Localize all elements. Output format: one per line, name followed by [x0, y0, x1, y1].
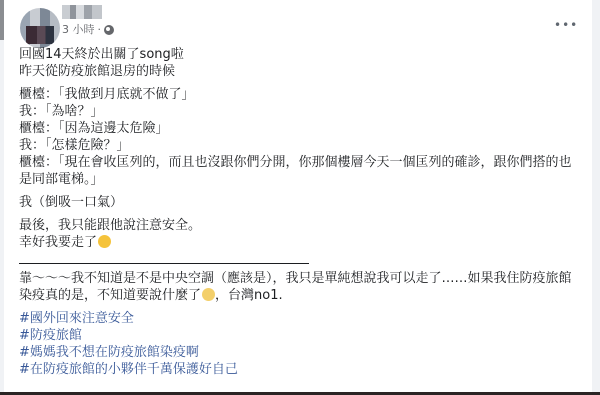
- text-line: 最後，我只能跟他說注意安全。: [19, 217, 579, 234]
- paragraph-ending: 最後，我只能跟他說注意安全。 幸好我要走了: [19, 217, 579, 251]
- timestamp[interactable]: 3 小時: [62, 23, 95, 37]
- paragraph-reaction: 我（倒吸一口氣）: [19, 194, 579, 211]
- paragraph-afterword: 靠～～～我不知道是不是中央空調（應該是），我只是單純想說我可以走了……如果我住防…: [19, 270, 579, 304]
- more-options-button[interactable]: •••: [554, 18, 578, 32]
- worried-face-emoji-icon: [202, 288, 215, 301]
- text-fragment: 幸好我要走了: [19, 235, 97, 250]
- hashtag-link[interactable]: #國外回來注意安全: [19, 310, 579, 327]
- paragraph-dialogue: 櫃檯：「我做到月底就不做了」 我：「為啥？」 櫃檯：「因為這邊太危險」 我：「怎…: [19, 86, 579, 188]
- text-line: 櫃檯：「現在會收匡列的，而且也沒跟你們分開，你那個樓層今天一個匡列的確診，跟你們…: [19, 154, 579, 188]
- text-fragment: 靠～～～我不知道是不是中央空調（應該是），我只是單純想說我可以走了……如果我住防…: [19, 271, 572, 303]
- hashtag-list: #國外回來注意安全 #防疫旅館 #媽媽我不想在防疫旅館染疫啊 #在防疫旅館的小夥…: [19, 310, 579, 378]
- text-line: 櫃檯：「我做到月底就不做了」: [19, 86, 579, 103]
- text-line: 回國14天終於出關了song啦: [19, 46, 579, 63]
- text-line: 幸好我要走了: [19, 234, 579, 251]
- paragraph-intro: 回國14天終於出關了song啦 昨天從防疫旅館退房的時候: [19, 46, 579, 80]
- globe-icon[interactable]: [104, 25, 114, 35]
- hashtag-link[interactable]: #在防疫旅館的小夥伴千萬保護好自己: [19, 361, 579, 378]
- text-line: 昨天從防疫旅館退房的時候: [19, 63, 579, 80]
- hashtag-link[interactable]: #媽媽我不想在防疫旅館染疫啊: [19, 344, 579, 361]
- text-line: 我：「怎樣危險？」: [19, 137, 579, 154]
- post-card: 3 小時 · ••• 回國14天終於出關了song啦 昨天從防疫旅館退房的時候 …: [4, 0, 592, 392]
- avatar[interactable]: [20, 8, 60, 48]
- post-header: 3 小時 · •••: [4, 0, 592, 44]
- post-meta: 3 小時 ·: [62, 23, 114, 37]
- divider-rule: [19, 263, 309, 264]
- post-body: 回國14天終於出關了song啦 昨天從防疫旅館退房的時候 櫃檯：「我做到月底就不…: [19, 46, 579, 378]
- text-line: 櫃檯：「因為這邊太危險」: [19, 120, 579, 137]
- text-line: 我：「為啥？」: [19, 103, 579, 120]
- author-name[interactable]: [62, 5, 102, 19]
- text-fragment: ，台灣no1.: [215, 288, 283, 303]
- text-line: 我（倒吸一口氣）: [19, 194, 579, 211]
- meta-separator: ·: [98, 23, 102, 37]
- hashtag-link[interactable]: #防疫旅館: [19, 327, 579, 344]
- laughing-tears-emoji-icon: [98, 235, 111, 248]
